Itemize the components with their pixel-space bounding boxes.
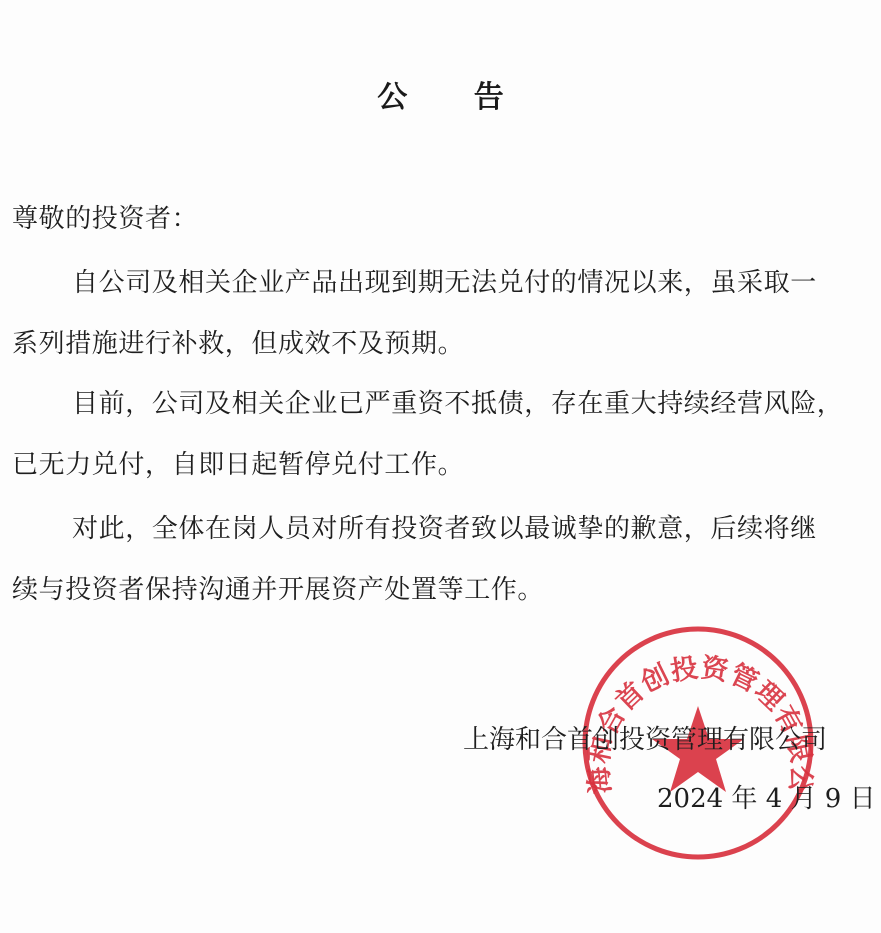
paragraph-line: 目前，公司及相关企业已严重资不抵债，存在重大持续经营风险，: [72, 387, 843, 421]
svg-text:上海和合首创投资管理有限公司: 上海和合首创投资管理有限公司: [580, 626, 817, 795]
announcement-page: 公 告 尊敬的投资者： 自公司及相关企业产品出现到期无法兑付的情况以来，虽采取一…: [0, 0, 881, 933]
paragraph-line: 已无力兑付，自即日起暂停兑付工作。: [12, 448, 464, 482]
signature-company: 上海和合首创投资管理有限公司: [463, 723, 827, 757]
paragraph-line: 自公司及相关企业产品出现到期无法兑付的情况以来，虽采取一: [72, 266, 817, 300]
document-title: 公 告: [0, 72, 881, 116]
paragraph-line: 续与投资者保持沟通并开展资产处置等工作。: [12, 573, 544, 607]
signature-date: 2024 年 4 月 9 日: [657, 782, 876, 816]
salutation: 尊敬的投资者：: [12, 202, 198, 236]
paragraph-line: 对此，全体在岗人员对所有投资者致以最诚挚的歉意，后续将继: [72, 512, 817, 546]
paragraph-line: 系列措施进行补救，但成效不及预期。: [12, 327, 464, 361]
